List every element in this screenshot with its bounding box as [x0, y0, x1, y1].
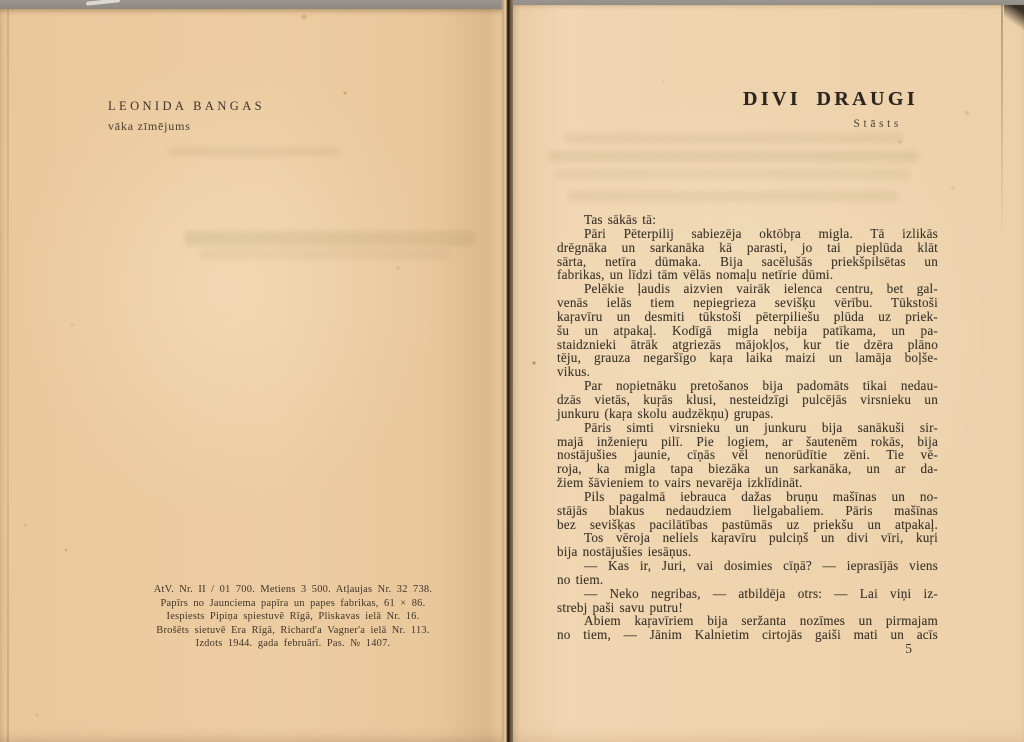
- body-text-line: — Kas ir, Juri, vai dosimies cīņā? — iep…: [557, 559, 938, 573]
- body-text-line: Pāris simti virsnieku un junkuru bija sa…: [557, 421, 938, 435]
- show-through-smudge: [568, 191, 898, 202]
- scanner-glare: [86, 0, 120, 6]
- body-text-line: majā inženieŗu pilī. Pie logiem, ar šaut…: [557, 435, 938, 449]
- colophon-line: AtV. Nr. II / 01 700. Metiens 3 500. Atļ…: [118, 583, 468, 597]
- body-text-line: junkuru (kaŗa skolu audzēkņu) grupas.: [557, 407, 938, 421]
- open-book-scan: LEONIDA BANGAS vāka zīmējums AtV. Nr. II…: [0, 0, 1024, 742]
- story-title: DIVI DRAUGI: [743, 88, 918, 111]
- scan-corner-shadow: [1004, 5, 1024, 35]
- body-text-line: no tiem, — Jānim Kalnietim cirtojās gaiš…: [557, 628, 938, 642]
- body-text-line: no tiem.: [557, 573, 938, 587]
- show-through-smudge: [200, 249, 450, 259]
- body-text-line: Abiem kaŗavīriem bija seržanta nozīmes u…: [557, 614, 938, 628]
- body-text-line: nostājušies jaunie, cīņās vēl nenorūdīti…: [557, 448, 938, 462]
- colophon: AtV. Nr. II / 01 700. Metiens 3 500. Atļ…: [118, 583, 468, 651]
- artist-credit-block: LEONIDA BANGAS vāka zīmējums: [108, 99, 265, 134]
- body-text-line: bez sevišķas pacilātības pastūmās uz pri…: [557, 518, 938, 532]
- body-text-line: roja, ka migla tapa biezāka un sarkanāka…: [557, 462, 938, 476]
- body-text-line: drēgnāka un sarkanāka kā parasti, jo tai…: [557, 241, 938, 255]
- colophon-line: Izdots 1944. gada februārī. Pas. № 1407.: [118, 637, 468, 651]
- artist-credit-caption: vāka zīmējums: [108, 119, 265, 134]
- body-text-line: — Neko negribas, — atbildēja otrs: — Lai…: [557, 587, 938, 601]
- body-text-line: Pāri Pēterpilij sabiezēja oktōbŗa migla.…: [557, 227, 938, 241]
- body-text-line: žiem šāvieniem to vairs nevarēja izklīdi…: [557, 476, 938, 490]
- body-text-line: fabrikas, un līdzi tām vēlās nomaļu netī…: [557, 268, 938, 282]
- body-text-line: Tas sākās tā:: [557, 213, 938, 227]
- show-through-smudge: [563, 133, 903, 143]
- body-text-line: sārta, netīra dūmaka. Bija sacēlušās pri…: [557, 255, 938, 269]
- body-text-line: venās ielās tiem nepiegrieza sevišķu vēr…: [557, 296, 938, 310]
- show-through-smudge: [555, 169, 910, 179]
- page-number: 5: [905, 641, 912, 657]
- left-page-edge-crease: [7, 9, 9, 742]
- colophon-line: Papīrs no Jaunciema papīra un papes fabr…: [118, 597, 468, 611]
- artist-credit: LEONIDA BANGAS: [108, 99, 265, 114]
- body-text-line: stājās blakus nedaudziem lielgabaliem. P…: [557, 504, 938, 518]
- body-text-line: kaŗavīru un desmiti tūkstoši pēterpilieš…: [557, 310, 938, 324]
- body-text-line: Par nopietnāku pretošanos bija padomāts …: [557, 379, 938, 393]
- body-text-line: Pelēkie ļaudis aizvien vairāk ielenca ce…: [557, 282, 938, 296]
- story-body: Tas sākās tā:Pāri Pēterpilij sabiezēja o…: [557, 213, 938, 642]
- colophon-line: Brošēts sietuvē Era Rīgā, Richard'a Vagn…: [118, 624, 468, 638]
- body-text-line: strebj paši savu putru!: [557, 601, 938, 615]
- chapter-heading: DIVI DRAUGI Stāsts: [743, 88, 918, 130]
- body-text-line: tēju, grauza negaršīgo kaŗa laika maizi …: [557, 351, 938, 365]
- show-through-smudge: [548, 151, 918, 162]
- colophon-line: Iespiests Pipiņa spiestuvē Rīgā, Pliskav…: [118, 610, 468, 624]
- body-text-line: staidznieki ātrāk atgriezās mājokļos, ku…: [557, 338, 938, 352]
- body-text-line: dzās vietās, kuŗās klusi, nesteidzīgi pu…: [557, 393, 938, 407]
- body-text-line: šu un atpakaļ. Kodīgā migla nebija patīk…: [557, 324, 938, 338]
- body-text-line: bija nostājušies iesāņus.: [557, 545, 938, 559]
- body-text-line: Tos vēroja neliels kaŗavīru pulciņš un d…: [557, 531, 938, 545]
- show-through-smudge: [185, 231, 475, 246]
- story-subtitle: Stāsts: [743, 118, 918, 130]
- body-text-line: vikus.: [557, 365, 938, 379]
- body-text-line: Pils pagalmā iebrauca dažas bruņu mašīna…: [557, 490, 938, 504]
- show-through-smudge: [168, 147, 338, 156]
- page-crease: [1001, 5, 1003, 240]
- right-page: DIVI DRAUGI Stāsts Tas sākās tā:Pāri Pēt…: [513, 5, 1024, 742]
- left-page: LEONIDA BANGAS vāka zīmējums AtV. Nr. II…: [0, 9, 504, 742]
